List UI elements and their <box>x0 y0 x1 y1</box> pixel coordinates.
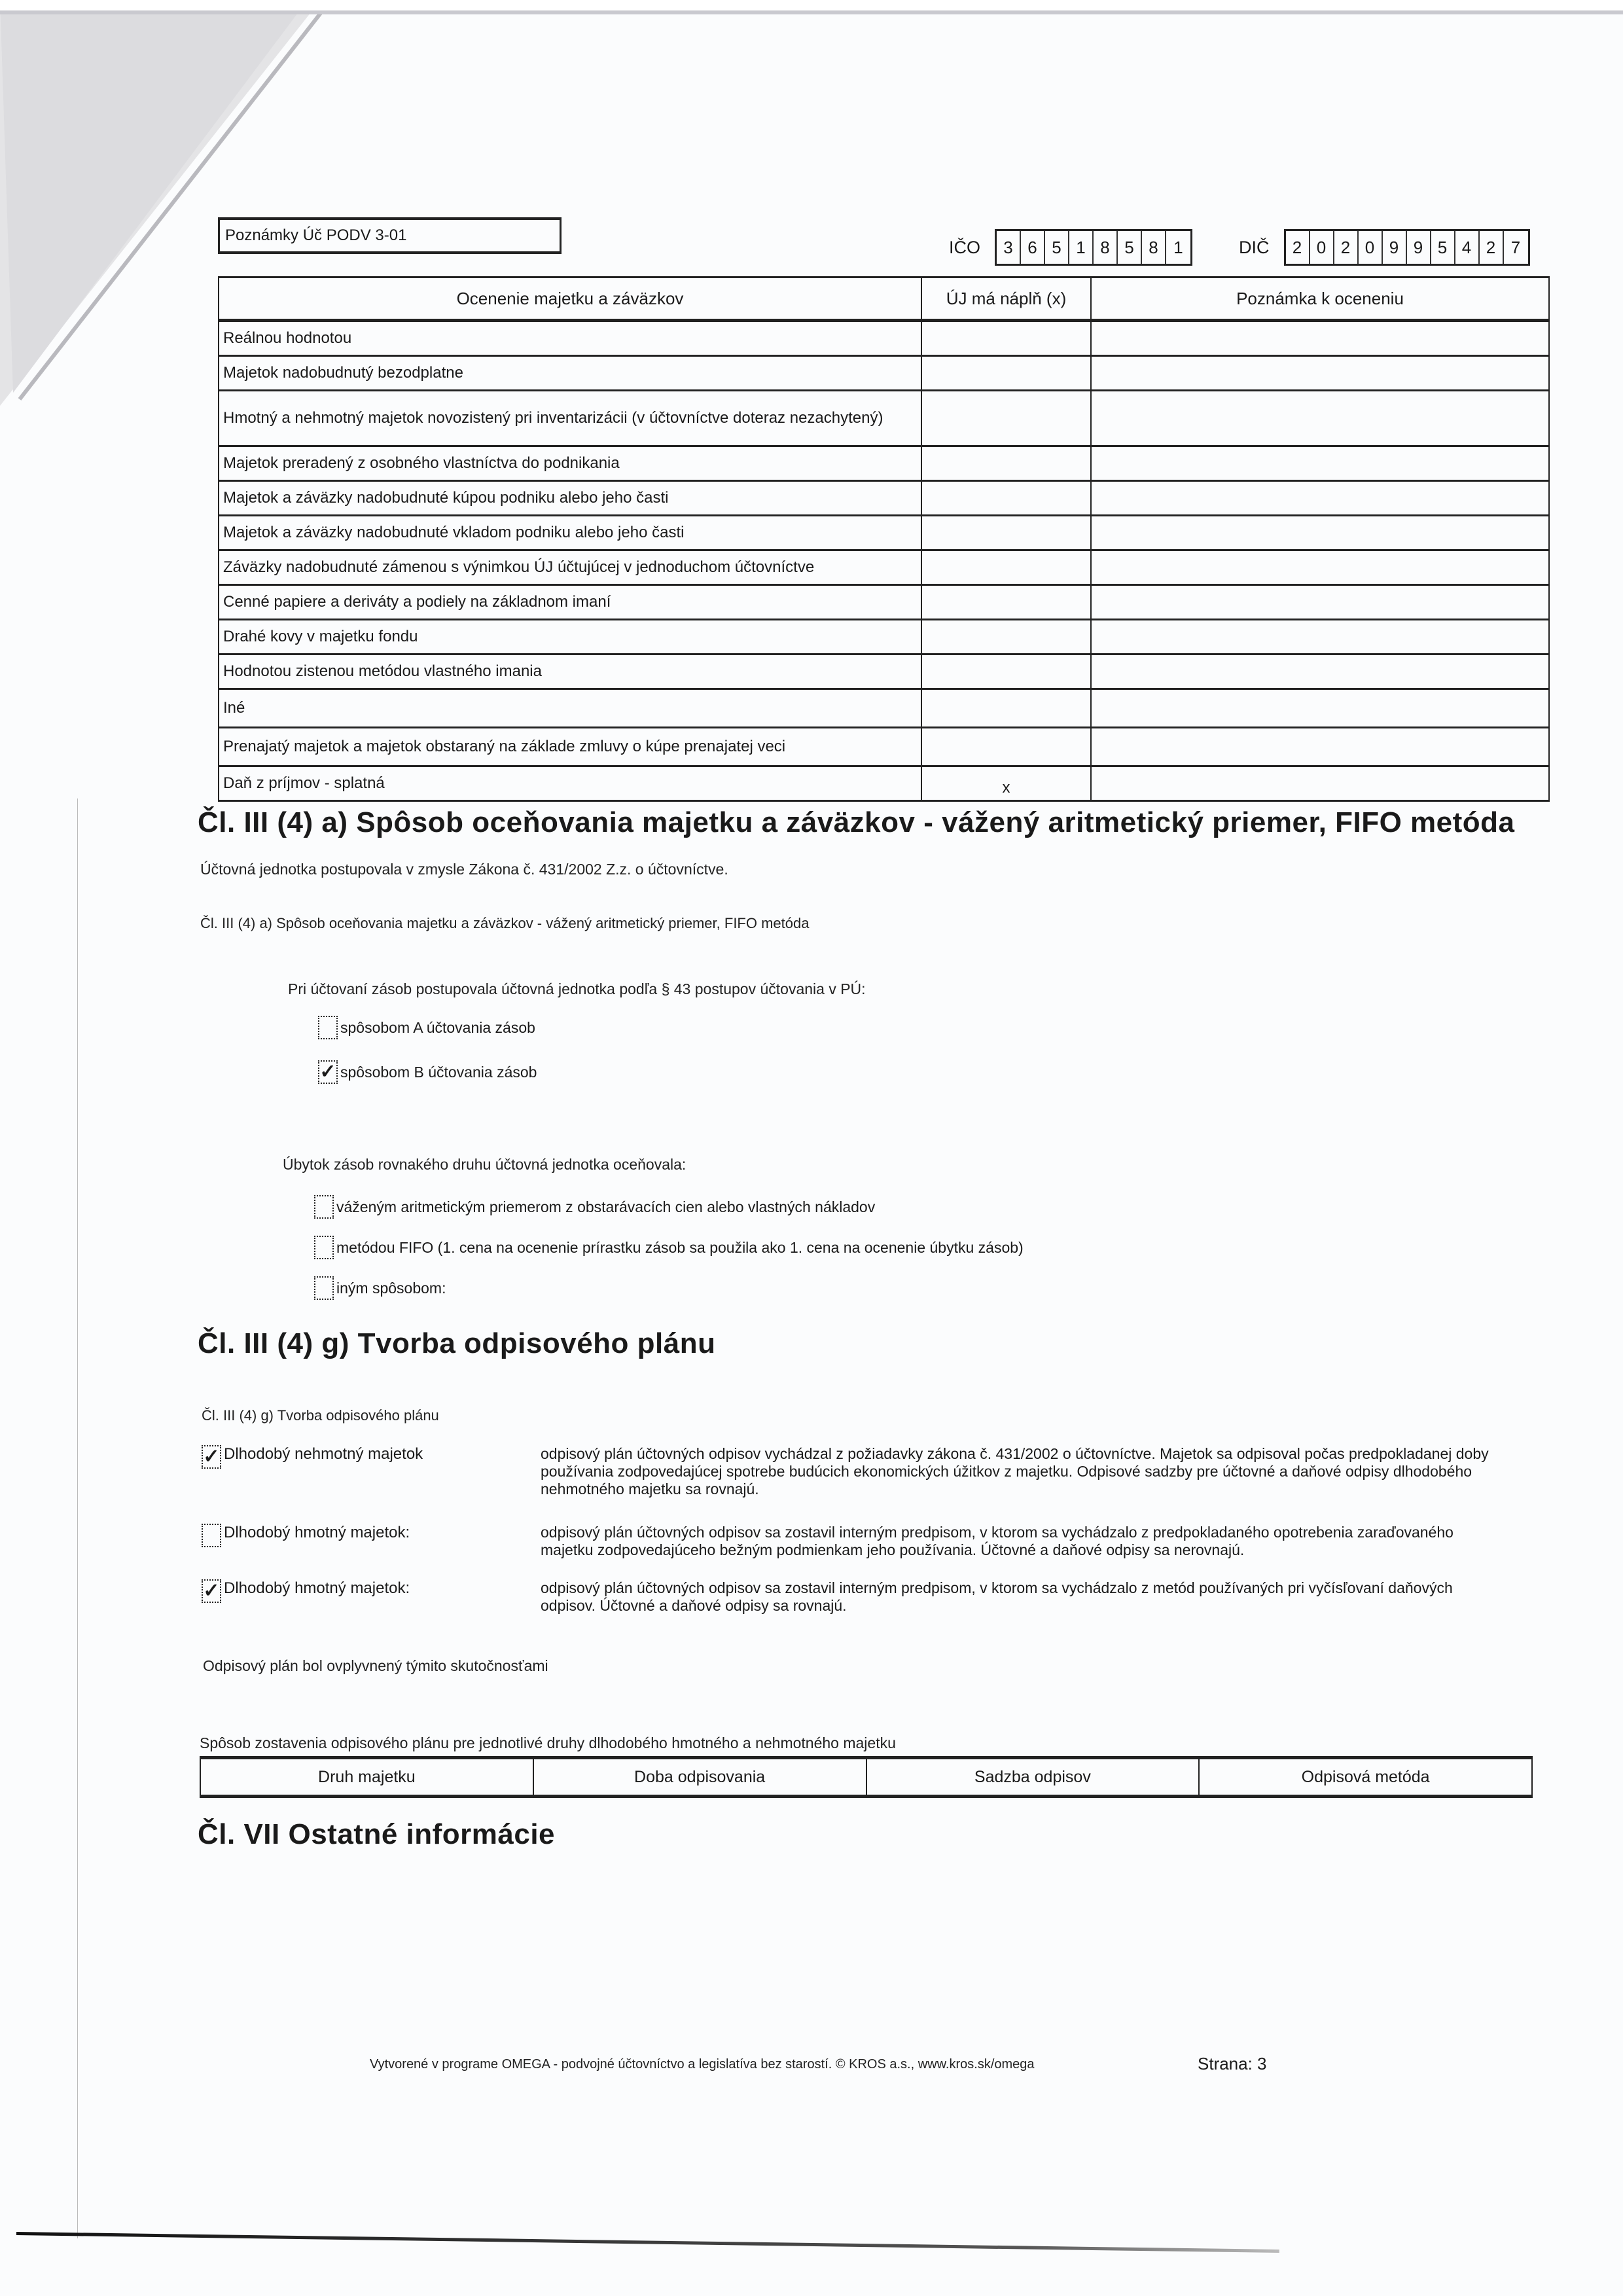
depreciation-label: Dlhodobý nehmotný majetok <box>224 1445 423 1463</box>
row-label: Daň z príjmov - splatná <box>219 766 921 801</box>
option-label: váženým aritmetickým priemerom z obstará… <box>336 1198 875 1216</box>
ico-digit: 5 <box>1118 231 1142 264</box>
row-mark[interactable] <box>921 620 1091 655</box>
row-mark[interactable] <box>921 689 1091 728</box>
row-mark[interactable] <box>921 585 1091 620</box>
document-page: Poznámky Úč PODV 3-01 IČO 3 6 5 1 8 5 8 … <box>0 0 1623 2296</box>
valuation-table: Ocenenie majetku a záväzkov ÚJ má náplň … <box>218 276 1550 802</box>
row-label: Prenajatý majetok a majetok obstaraný na… <box>219 728 921 766</box>
dic-label: DIČ <box>1239 238 1270 258</box>
row-label: Drahé kovy v majetku fondu <box>219 620 921 655</box>
option-weighted-average[interactable]: váženým aritmetickým priemerom z obstará… <box>314 1195 875 1219</box>
table-row: Daň z príjmov - splatná x <box>219 766 1549 801</box>
table-row: Hodnotou zistenou metódou vlastného iman… <box>219 655 1549 689</box>
row-note[interactable] <box>1091 728 1549 766</box>
depreciation-checkbox-row[interactable]: Dlhodobý hmotný majetok: <box>202 1524 529 1547</box>
section-title-other-info: Čl. VII Ostatné informácie <box>198 1818 555 1851</box>
row-note[interactable] <box>1091 766 1549 801</box>
row-label: Záväzky nadobudnuté zámenou s výnimkou Ú… <box>219 550 921 585</box>
depreciation-text: odpisový plán účtovných odpisov sa zosta… <box>541 1524 1509 1559</box>
option-fifo[interactable]: metódou FIFO (1. cena na ocenenie príras… <box>314 1236 1024 1259</box>
depreciation-item: ✓ Dlhodobý hmotný majetok: odpisový plán… <box>202 1579 1510 1603</box>
dic-digit: 2 <box>1480 231 1504 264</box>
row-label: Hmotný a nehmotný majetok novozistený pr… <box>219 391 921 446</box>
table-row: Majetok nadobudnutý bezodplatne <box>219 356 1549 391</box>
row-mark[interactable] <box>921 550 1091 585</box>
option-label: spôsobom B účtovania zásob <box>340 1064 537 1081</box>
option-other[interactable]: iným spôsobom: <box>314 1276 446 1300</box>
scan-bottom-edge <box>16 2232 1279 2253</box>
ico-digit: 5 <box>1045 231 1069 264</box>
column-header-period: Doba odpisovania <box>533 1758 866 1797</box>
page-number: Strana: 3 <box>1198 2054 1267 2074</box>
row-note[interactable] <box>1091 391 1549 446</box>
row-label: Reálnou hodnotou <box>219 321 921 356</box>
dic-digit: 2 <box>1286 231 1310 264</box>
ico-digit: 8 <box>1094 231 1118 264</box>
row-mark[interactable] <box>921 516 1091 550</box>
row-label: Cenné papiere a deriváty a podiely na zá… <box>219 585 921 620</box>
depreciation-text: odpisový plán účtovných odpisov sa zosta… <box>541 1579 1509 1615</box>
dic-digit: 0 <box>1359 231 1383 264</box>
depreciation-item: ✓ Dlhodobý nehmotný majetok odpisový plá… <box>202 1445 1510 1469</box>
ico-digit: 6 <box>1021 231 1045 264</box>
row-mark[interactable]: x <box>921 766 1091 801</box>
section-title-depreciation-plan: Čl. III (4) g) Tvorba odpisového plánu <box>198 1327 715 1360</box>
option-method-a[interactable]: spôsobom A účtovania zásob <box>318 1016 535 1039</box>
inventory-prompt: Pri účtovaní zásob postupovala účtovná j… <box>288 980 866 998</box>
depreciation-checkbox-row[interactable]: ✓ Dlhodobý hmotný majetok: <box>202 1579 529 1603</box>
ico-label: IČO <box>949 238 980 258</box>
row-note[interactable] <box>1091 446 1549 481</box>
row-note[interactable] <box>1091 516 1549 550</box>
table-row: Drahé kovy v majetku fondu <box>219 620 1549 655</box>
table-row: Majetok preradený z osobného vlastníctva… <box>219 446 1549 481</box>
row-mark[interactable] <box>921 728 1091 766</box>
dic-digit: 4 <box>1455 231 1480 264</box>
row-note[interactable] <box>1091 321 1549 356</box>
ico-digit: 1 <box>1069 231 1094 264</box>
checkbox-unchecked-icon[interactable] <box>202 1524 221 1547</box>
column-header-rate: Sadzba odpisov <box>866 1758 1200 1797</box>
dic-digit: 7 <box>1504 231 1528 264</box>
checkbox-unchecked-icon[interactable] <box>318 1016 338 1039</box>
row-note[interactable] <box>1091 550 1549 585</box>
section-subtitle: Čl. III (4) g) Tvorba odpisového plánu <box>202 1407 439 1424</box>
table-row: Hmotný a nehmotný majetok novozistený pr… <box>219 391 1549 446</box>
plan-caption: Spôsob zostavenia odpisového plánu pre j… <box>200 1734 896 1752</box>
table-row: Prenajatý majetok a majetok obstaraný na… <box>219 728 1549 766</box>
depreciation-plan-table: Druh majetku Doba odpisovania Sadzba odp… <box>200 1756 1533 1798</box>
checkbox-unchecked-icon[interactable] <box>314 1195 334 1219</box>
form-id-box: Poznámky Úč PODV 3-01 <box>218 217 562 254</box>
option-label: metódou FIFO (1. cena na ocenenie príras… <box>336 1239 1024 1257</box>
row-label: Majetok nadobudnutý bezodplatne <box>219 356 921 391</box>
dic-digit: 2 <box>1334 231 1359 264</box>
row-mark[interactable] <box>921 481 1091 516</box>
depreciation-label: Dlhodobý hmotný majetok: <box>224 1579 410 1598</box>
dic-digit: 0 <box>1310 231 1334 264</box>
section-title-valuation-method: Čl. III (4) a) Spôsob oceňovania majetku… <box>198 806 1515 839</box>
row-mark[interactable] <box>921 321 1091 356</box>
scan-margin-line <box>77 798 78 2238</box>
table-header-row: Ocenenie majetku a záväzkov ÚJ má náplň … <box>219 278 1549 321</box>
depreciation-label: Dlhodobý hmotný majetok: <box>224 1524 410 1542</box>
dic-digits: 2 0 2 0 9 9 5 4 2 7 <box>1284 229 1530 266</box>
decrease-prompt: Úbytok zásob rovnakého druhu účtovná jed… <box>283 1156 686 1174</box>
row-mark[interactable] <box>921 356 1091 391</box>
depreciation-checkbox-row[interactable]: ✓ Dlhodobý nehmotný majetok <box>202 1445 529 1469</box>
row-label: Majetok a záväzky nadobudnuté kúpou podn… <box>219 481 921 516</box>
row-label: Majetok preradený z osobného vlastníctva… <box>219 446 921 481</box>
column-header-applies: ÚJ má náplň (x) <box>921 278 1091 321</box>
section-subtitle: Čl. III (4) a) Spôsob oceňovania majetku… <box>200 915 809 932</box>
row-label: Iné <box>219 689 921 728</box>
row-label: Hodnotou zistenou metódou vlastného iman… <box>219 655 921 689</box>
checkbox-unchecked-icon[interactable] <box>314 1236 334 1259</box>
table-header-row: Druh majetku Doba odpisovania Sadzba odp… <box>200 1758 1532 1797</box>
dic-digit: 9 <box>1383 231 1407 264</box>
row-mark[interactable] <box>921 655 1091 689</box>
ico-digits: 3 6 5 1 8 5 8 1 <box>995 229 1192 266</box>
column-header-method: Odpisová metóda <box>1199 1758 1532 1797</box>
row-label: Majetok a záväzky nadobudnuté vkladom po… <box>219 516 921 550</box>
table-row: Iné <box>219 689 1549 728</box>
footer-credit: Vytvorené v programe OMEGA - podvojné úč… <box>370 2057 1035 2072</box>
table-row: Cenné papiere a deriváty a podiely na zá… <box>219 585 1549 620</box>
dic-digit: 9 <box>1407 231 1431 264</box>
row-note[interactable] <box>1091 620 1549 655</box>
depreciation-text: odpisový plán účtovných odpisov vychádza… <box>541 1445 1509 1498</box>
row-note[interactable] <box>1091 481 1549 516</box>
checkbox-unchecked-icon[interactable] <box>314 1276 334 1300</box>
table-row: Majetok a záväzky nadobudnuté vkladom po… <box>219 516 1549 550</box>
table-row: Majetok a záväzky nadobudnuté kúpou podn… <box>219 481 1549 516</box>
option-label: iným spôsobom: <box>336 1280 446 1297</box>
row-mark[interactable] <box>921 446 1091 481</box>
checkbox-checked-icon[interactable]: ✓ <box>318 1060 338 1084</box>
row-note[interactable] <box>1091 585 1549 620</box>
row-note[interactable] <box>1091 356 1549 391</box>
column-header-valuation: Ocenenie majetku a záväzkov <box>219 278 921 321</box>
option-label: spôsobom A účtovania zásob <box>340 1019 535 1037</box>
dic-field: DIČ 2 0 2 0 9 9 5 4 2 7 <box>1239 229 1530 266</box>
checkbox-checked-icon[interactable]: ✓ <box>202 1445 221 1469</box>
row-note[interactable] <box>1091 689 1549 728</box>
row-mark[interactable] <box>921 391 1091 446</box>
influence-text: Odpisový plán bol ovplyvnený týmito skut… <box>203 1657 548 1675</box>
column-header-asset-type: Druh majetku <box>200 1758 533 1797</box>
depreciation-item: Dlhodobý hmotný majetok: odpisový plán ú… <box>202 1524 1510 1547</box>
table-row: Reálnou hodnotou <box>219 321 1549 356</box>
column-header-note: Poznámka k oceneniu <box>1091 278 1549 321</box>
row-note[interactable] <box>1091 655 1549 689</box>
option-method-b[interactable]: ✓ spôsobom B účtovania zásob <box>318 1060 537 1084</box>
ico-field: IČO 3 6 5 1 8 5 8 1 <box>949 229 1192 266</box>
ico-digit: 1 <box>1166 231 1190 264</box>
intro-text: Účtovná jednotka postupovala v zmysle Zá… <box>200 861 728 878</box>
checkbox-checked-icon[interactable]: ✓ <box>202 1579 221 1603</box>
ico-digit: 8 <box>1142 231 1166 264</box>
table-row: Záväzky nadobudnuté zámenou s výnimkou Ú… <box>219 550 1549 585</box>
form-id: Poznámky Úč PODV 3-01 <box>225 226 406 245</box>
dic-digit: 5 <box>1431 231 1455 264</box>
ico-digit: 3 <box>997 231 1021 264</box>
